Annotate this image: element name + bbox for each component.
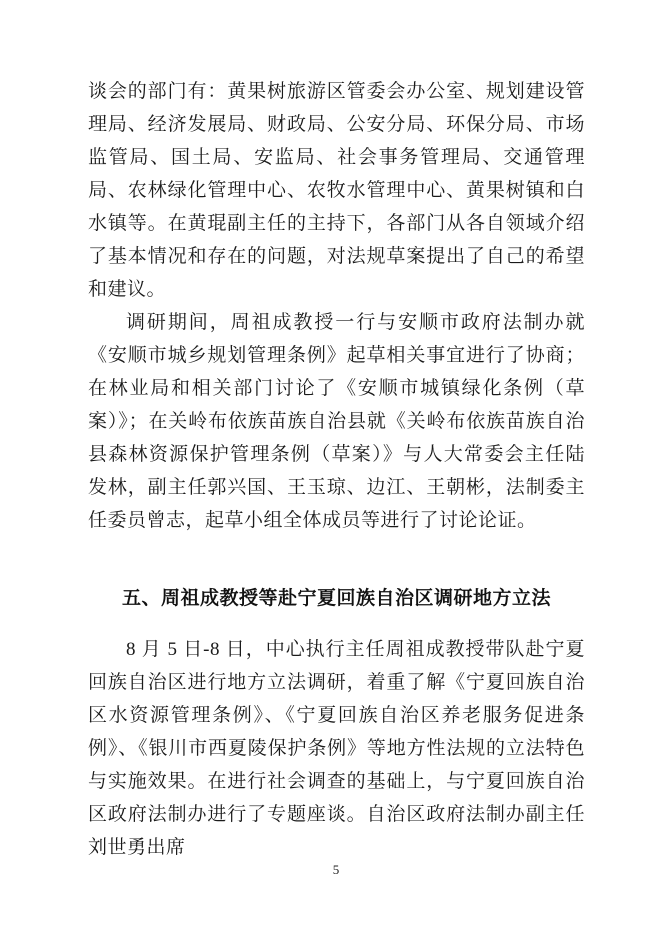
page-number: 5 xyxy=(0,862,672,878)
page-content: 谈会的部门有：黄果树旅游区管委会办公室、规划建设管理局、经济发展局、财政局、公安… xyxy=(88,75,585,864)
paragraph-symposium-departments: 谈会的部门有：黄果树旅游区管委会办公室、规划建设管理局、经济发展局、财政局、公安… xyxy=(88,75,585,306)
document-page: 谈会的部门有：黄果树旅游区管委会办公室、规划建设管理局、经济发展局、财政局、公安… xyxy=(0,0,672,938)
section-heading: 五、周祖成教授等赴宁夏回族自治区调研地方立法 xyxy=(88,582,585,615)
paragraph-ningxia-research: 8 月 5 日-8 日，中心执行主任周祖成教授带队赴宁夏回族自治区进行地方立法调… xyxy=(88,633,585,864)
paragraph-anshun-research: 调研期间，周祖成教授一行与安顺市政府法制办就《安顺市城乡规划管理条例》起草相关事… xyxy=(88,306,585,537)
